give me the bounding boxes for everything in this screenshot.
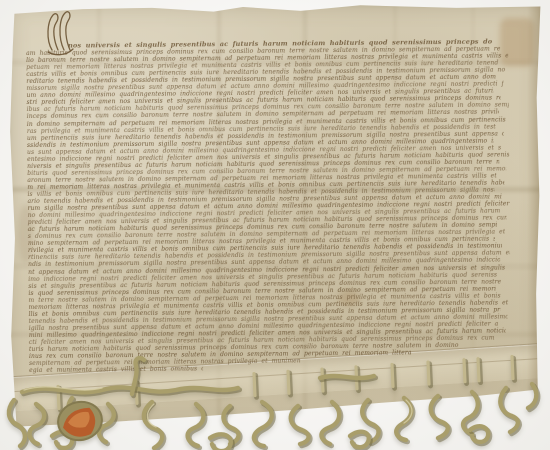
seal-tag-shadow xyxy=(502,390,520,434)
ribbon-highlight xyxy=(404,400,412,423)
seal-tag-shadow xyxy=(398,400,413,442)
parchment-right-curl xyxy=(527,4,542,430)
photo-background: nos universis et singulis presentibus ac… xyxy=(0,0,550,450)
seal-tag xyxy=(350,432,369,448)
seal-tag xyxy=(463,392,478,434)
seal-tag xyxy=(291,406,309,444)
seal-tag-shadow xyxy=(465,394,480,436)
seal-tag-shadow xyxy=(432,398,449,440)
seal-tag-shadow xyxy=(292,408,310,446)
seal-tag-shadow xyxy=(212,436,233,450)
seal-tag-shadow xyxy=(54,434,74,450)
seal-tag-shadow xyxy=(472,428,490,444)
seal-tag xyxy=(431,396,448,438)
manuscript-text: nos universis et singulis presentibus ac… xyxy=(26,38,513,374)
seal-tag xyxy=(52,432,72,448)
seal-tag xyxy=(500,388,518,432)
seal-tag xyxy=(210,434,231,450)
seal-tag xyxy=(362,400,378,442)
seal-tag xyxy=(470,426,488,442)
seal-tag xyxy=(321,402,339,444)
seal-tag-shadow xyxy=(352,434,371,450)
parchment-charter: nos universis et singulis presentibus ac… xyxy=(8,4,542,430)
seal-tag-shadow xyxy=(364,402,380,444)
seal-tag xyxy=(396,398,411,440)
seal-tag-shadow xyxy=(323,404,341,446)
